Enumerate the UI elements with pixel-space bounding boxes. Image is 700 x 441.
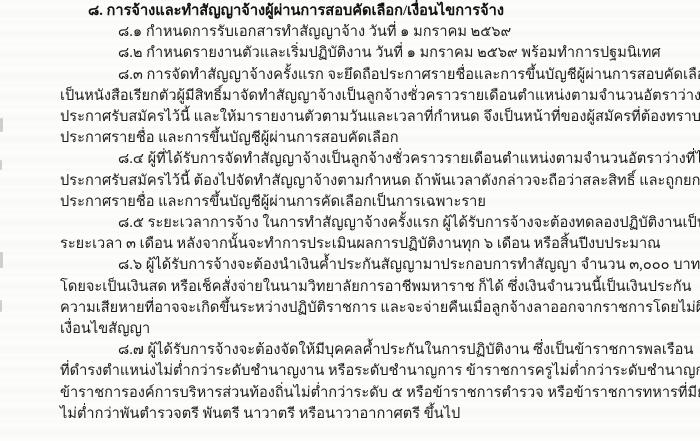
text-line: ไม่ต่ำกว่าพันตำรวจตรี พันตรี นาวาตรี หรื…	[60, 404, 672, 425]
text-line: ประกาศรับสมัครไว้นี้ ต้องไปจัดทำสัญญาจ้า…	[60, 171, 672, 192]
text-line: ที่ดำรงตำแหน่งไม่ต่ำกว่าระดับชำนาญงาน หร…	[60, 361, 672, 382]
document-body: ๘. การจ้างและทำสัญญาจ้างผู้ผ่านการสอบคัด…	[60, 1, 672, 425]
text-line: ประกาศรายชื่อ และการขึ้นบัญชีผู้ผ่านการค…	[60, 192, 672, 213]
text-line: เงื่อนไขสัญญา	[60, 319, 672, 340]
text-line: ๘.๓ การจัดทำสัญญาจ้างครั้งแรก จะยึดถือปร…	[60, 65, 672, 86]
scanned-document-page: ๘. การจ้างและทำสัญญาจ้างผู้ผ่านการสอบคัด…	[0, 0, 700, 441]
scan-artifact	[0, 300, 2, 312]
text-line: โดยจะเป็นเงินสด หรือเช็คสั่งจ่ายในนามวิท…	[60, 277, 672, 298]
text-line: ข้าราชการองค์การบริหารส่วนท้องถิ่นไม่ต่ำ…	[60, 383, 672, 404]
section-heading: ๘. การจ้างและทำสัญญาจ้างผู้ผ่านการสอบคัด…	[60, 1, 672, 22]
text-line: ๘.๖ ผู้ได้รับการจ้างจะต้องนำเงินค้ำประกั…	[60, 255, 672, 276]
scan-artifact	[0, 252, 3, 268]
text-line: ประกาศรายชื่อ และการขึ้นบัญชีผู้ผ่านการส…	[60, 128, 672, 149]
scan-artifact	[0, 118, 3, 132]
text-line: ๘.๗ ผู้ได้รับการจ้างจะต้องจัดให้มีบุคคลค…	[60, 340, 672, 361]
text-line: ประกาศรับสมัครไว้นี้ และให้มารายงานตัวตา…	[60, 107, 672, 128]
scan-artifact	[0, 160, 2, 170]
text-line: เป็นหนังสือเรียกตัวผู้มีสิทธิ์มาจัดทำสัญ…	[60, 86, 672, 107]
text-line: ระยะเวลา ๓ เดือน หลังจากนั้นจะทำการประเม…	[60, 234, 672, 255]
text-line: ๘.๒ กำหนดรายงานตัวและเริ่มปฏิบัติงาน วัน…	[60, 43, 672, 64]
text-line: ๘.๑ กำหนดการรับเอกสารทำสัญญาจ้าง วันที่ …	[60, 22, 672, 43]
text-line: ๘.๔ ผู้ที่ได้รับการจัดทำสัญญาจ้างเป็นลูก…	[60, 149, 672, 170]
text-line: ความเสียหายที่อาจจะเกิดขึ้นระหว่างปฏิบัต…	[60, 298, 672, 319]
text-line: ๘.๕ ระยะเวลาการจ้าง ในการทำสัญญาจ้างครั้…	[60, 213, 672, 234]
